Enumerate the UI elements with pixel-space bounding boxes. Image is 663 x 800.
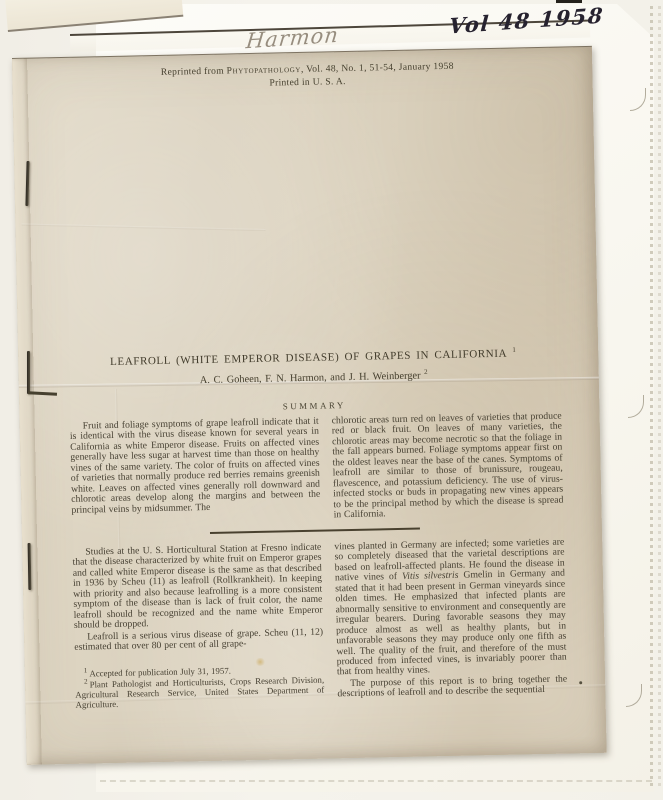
section-divider-rule xyxy=(210,528,420,534)
sleeve-bottom-seam xyxy=(100,780,652,782)
sleeve-perforation-edge-inner xyxy=(658,6,661,790)
article-authors-text: A. C. Goheen, F. N. Harmon, and J. H. We… xyxy=(200,371,421,387)
footnote: 2Plant Pathologist and Horticulturists, … xyxy=(75,674,325,709)
masthead-pre: Reprinted from xyxy=(161,66,227,78)
body-text-run: Gmelin in Germany and stated that it had… xyxy=(335,568,567,678)
footnote-marker: 1 xyxy=(84,666,88,674)
body-paragraph: The purpose of this report is to bring t… xyxy=(337,674,567,700)
masthead-post: , Vol. 48, No. 1, 51-54, January 1958 xyxy=(301,61,454,75)
body-paragraph: Leafroll is a serious virus disease of g… xyxy=(74,627,323,653)
body-columns: Studies at the U. S. Horticultural Stati… xyxy=(72,538,567,710)
summary-left-paragraph: Fruit and foliage symptoms of grape leaf… xyxy=(70,417,321,516)
journal-name: Phytopathology xyxy=(226,64,301,77)
article-authors: A. C. Goheen, F. N. Harmon, and J. H. We… xyxy=(69,368,559,389)
scan-edge-shadow xyxy=(556,0,582,3)
body-paragraph: vines planted in Germany are infected; s… xyxy=(334,538,567,679)
staple xyxy=(27,351,30,394)
summary-columns: Fruit and foliage symptoms of grape leaf… xyxy=(70,412,564,527)
footnotes: 1Accepted for publication July 31, 1957.… xyxy=(75,663,325,709)
authors-footnote-marker: 2 xyxy=(424,368,428,376)
body-right-column: vines planted in Germany are infected; s… xyxy=(334,538,567,704)
scanned-reprint-page: Reprinted from Phytopathology, Vol. 48, … xyxy=(0,0,663,800)
masthead: Reprinted from Phytopathology, Vol. 48, … xyxy=(62,58,552,94)
sleeve-perforation-edge xyxy=(650,6,653,790)
article-title-text: LEAFROLL (WHITE EMPEROR DISEASE) OF GRAP… xyxy=(110,348,507,368)
summary-right-paragraph: chlorotic areas turn red on leaves of va… xyxy=(332,412,564,521)
title-footnote-marker: 1 xyxy=(512,346,516,354)
footnote-marker: 2 xyxy=(84,677,88,685)
article-title: LEAFROLL (WHITE EMPEROR DISEASE) OF GRAP… xyxy=(68,347,558,369)
body-paragraph: Studies at the U. S. Horticultural Stati… xyxy=(72,543,323,632)
paper-crease xyxy=(22,224,266,232)
paper-speck xyxy=(579,681,582,684)
reprint-paper: Reprinted from Phytopathology, Vol. 48, … xyxy=(12,46,607,765)
footnote-text: Plant Pathologist and Horticulturists, C… xyxy=(75,674,324,709)
summary-right-column: chlorotic areas turn red on leaves of va… xyxy=(332,412,564,521)
summary-left-column: Fruit and foliage symptoms of grape leaf… xyxy=(70,417,321,527)
body-left-column: Studies at the U. S. Horticultural Stati… xyxy=(72,543,324,710)
